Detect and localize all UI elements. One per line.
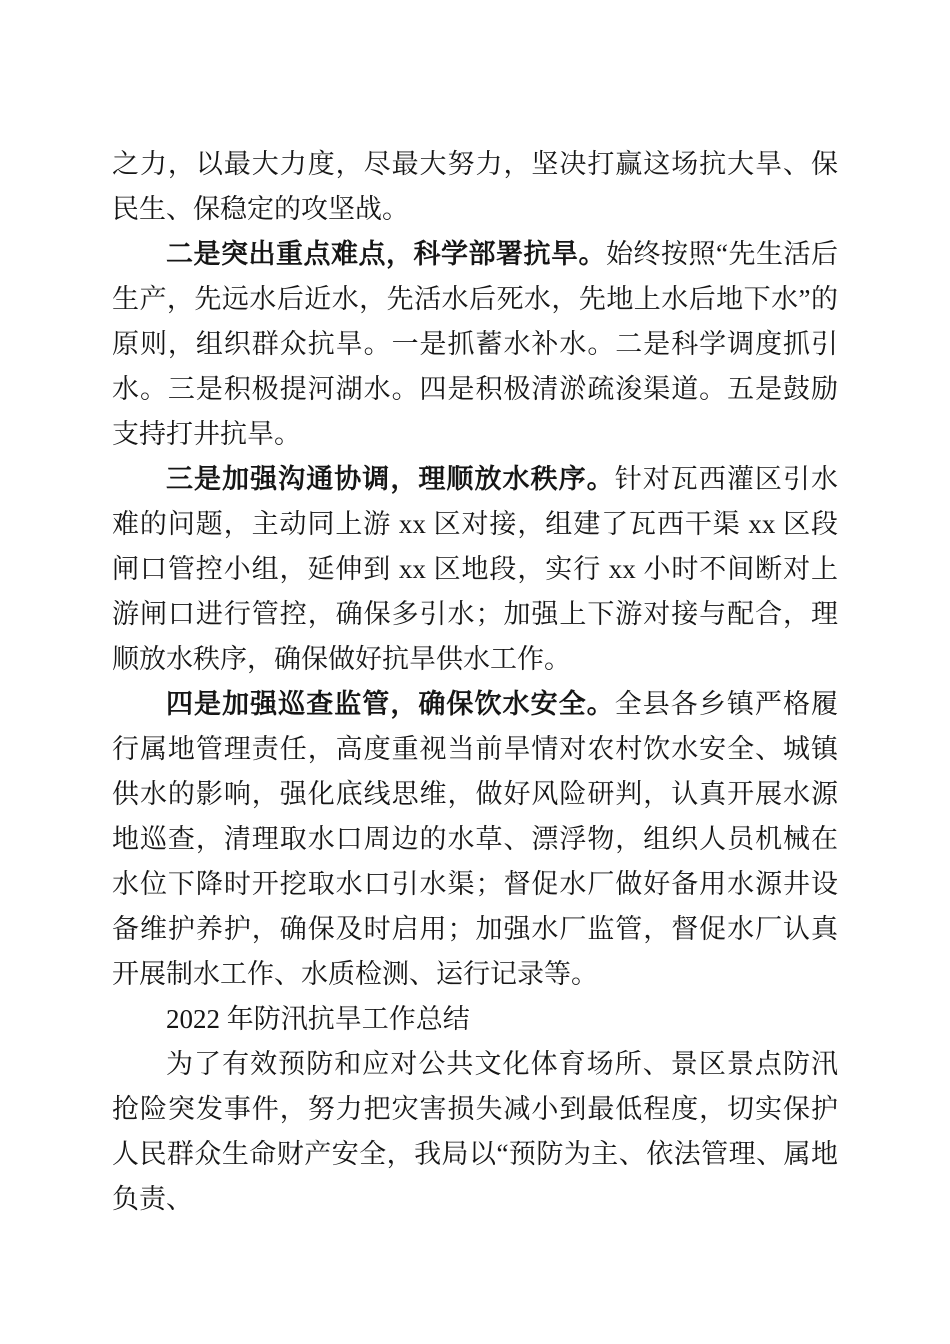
paragraph-intro: 为了有效预防和应对公共文化体育场所、景区景点防汛抢险突发事件，努力把灾害损失减小… [112,1042,838,1222]
section-title-text: 2022 年防汛抗旱工作总结 [166,1004,470,1034]
document-page: 之力，以最大力度，尽最大努力，坚决打赢这场抗大旱、保民生、保稳定的攻坚战。 二是… [112,0,838,1222]
paragraph-point-four: 四是加强巡查监管，确保饮水安全。全县各乡镇严格履行属地管理责任，高度重视当前旱情… [112,682,838,997]
paragraph-point-two: 二是突出重点难点，科学部署抗旱。始终按照“先生活后生产，先远水后近水，先活水后死… [112,232,838,457]
paragraph-text: 全县各乡镇严格履行属地管理责任，高度重视当前旱情对农村饮水安全、城镇供水的影响，… [112,689,838,989]
paragraph-point-three: 三是加强沟通协调，理顺放水秩序。针对瓦西灌区引水难的问题，主动同上游 xx 区对… [112,457,838,682]
paragraph-lead: 四是加强巡查监管，确保饮水安全。 [166,689,615,719]
paragraph-lead: 三是加强沟通协调，理顺放水秩序。 [166,464,615,494]
paragraph-continuation: 之力，以最大力度，尽最大努力，坚决打赢这场抗大旱、保民生、保稳定的攻坚战。 [112,142,838,232]
paragraph-text: 为了有效预防和应对公共文化体育场所、景区景点防汛抢险突发事件，努力把灾害损失减小… [112,1049,838,1214]
paragraph-lead: 二是突出重点难点，科学部署抗旱。 [166,239,606,269]
section-title-2022-summary: 2022 年防汛抗旱工作总结 [112,997,838,1042]
paragraph-text: 之力，以最大力度，尽最大努力，坚决打赢这场抗大旱、保民生、保稳定的攻坚战。 [112,149,838,224]
paragraph-text: 针对瓦西灌区引水难的问题，主动同上游 xx 区对接，组建了瓦西干渠 xx 区段闸… [112,464,838,674]
paragraph-text: 始终按照“先生活后生产，先远水后近水，先活水后死水，先地上水后地下水”的原则，组… [112,239,838,449]
